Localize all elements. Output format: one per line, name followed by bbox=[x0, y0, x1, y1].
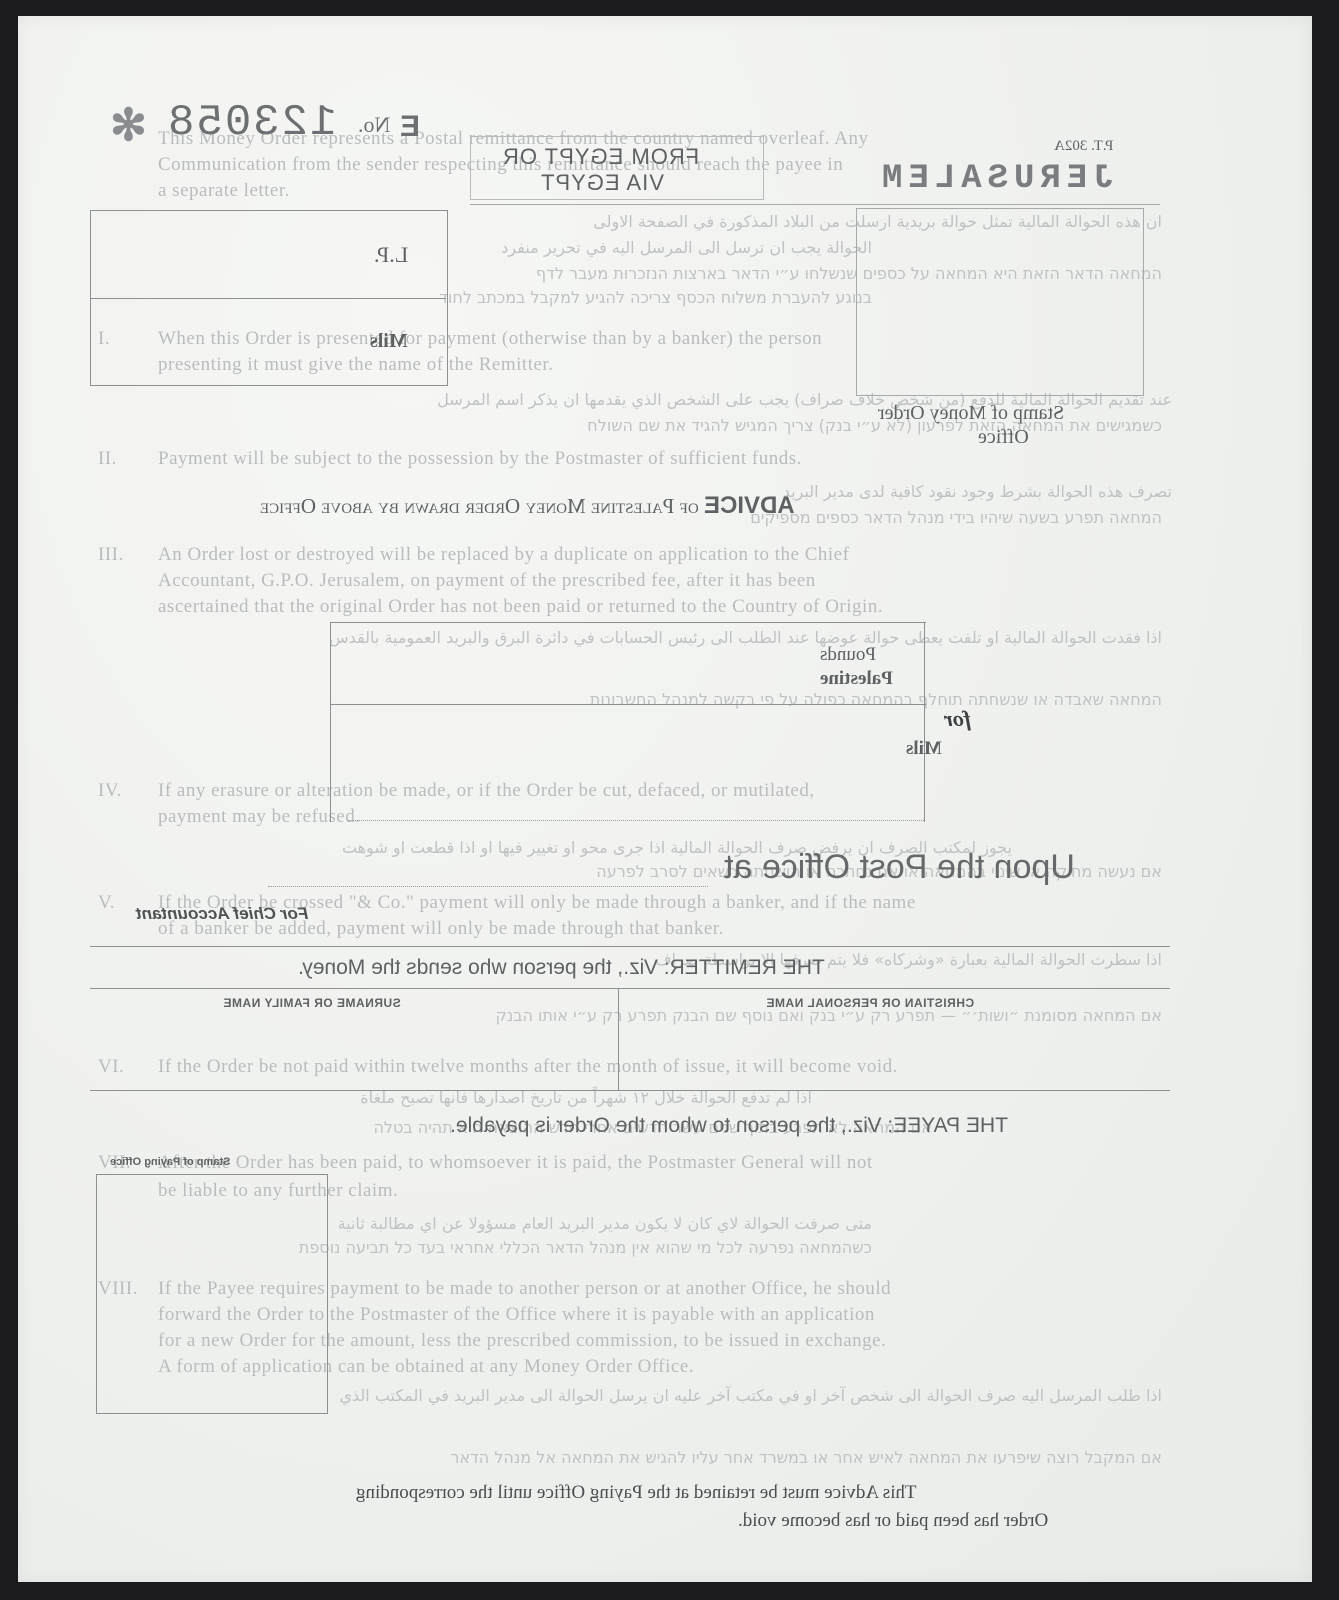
serial-number: 123058 bbox=[166, 98, 336, 148]
paying-office-stamp-box bbox=[96, 1174, 328, 1414]
clause-hebrew: אם המקבל רוצה שיפרעו את המחאה לאיש אחר א… bbox=[450, 1448, 1162, 1467]
pounds-mils-label: Mils bbox=[906, 738, 942, 760]
serial-no-label: No. bbox=[358, 112, 390, 138]
retain-note-line-1: This Advice must be retained at the Payi… bbox=[356, 1482, 917, 1504]
lp-label: L.P. bbox=[374, 242, 408, 268]
clause-number: II. bbox=[98, 448, 117, 470]
pounds-rule-mid bbox=[330, 704, 926, 705]
advice-subtitle: of Palestine Money Order drawn by above … bbox=[260, 494, 699, 518]
asterisk-icon: ✻ bbox=[110, 100, 147, 151]
clause-line: After the Order has been paid, to whomso… bbox=[158, 1152, 873, 1174]
retain-note-line-2: Order has been paid or has become void. bbox=[738, 1510, 1048, 1532]
pounds-rule-top bbox=[330, 622, 926, 623]
clause-line: An Order lost or destroyed will be repla… bbox=[158, 544, 849, 566]
stamp-label-line-2: Office bbox=[978, 426, 1029, 449]
advice-title: ADVICE of Palestine Money Order drawn by… bbox=[260, 492, 795, 520]
origin-line-2: VIA EGYPT bbox=[540, 170, 664, 196]
clause-hebrew: כשהמחאה נפרעה לכל מי שהוא אין מנהל הדאר … bbox=[299, 1238, 872, 1257]
form-code: P.T. 302A bbox=[1054, 138, 1113, 155]
clause-arabic: متى صرفت الحوالة لاي كان لا يكون مدير ال… bbox=[338, 1214, 872, 1233]
payee-heading: THE PAYEE: Viz., the person to whom the … bbox=[450, 1114, 1008, 1138]
clause-number: V. bbox=[98, 892, 115, 914]
pounds-label: Pounds bbox=[820, 644, 876, 666]
paying-stamp-label: Stamp of Paying Office bbox=[110, 1156, 230, 1168]
remitter-rule-mid bbox=[90, 988, 1170, 989]
clause-line: Accountant, G.P.O. Jerusalem, on payment… bbox=[158, 570, 816, 592]
top-rule bbox=[470, 204, 1160, 205]
clause-number: VI. bbox=[98, 1056, 124, 1078]
money-order-advice-sheet: This Money Order represents a Postal rem… bbox=[18, 16, 1312, 1582]
pounds-rule-bottom bbox=[348, 820, 924, 821]
clause-arabic: اذا فقدت الحوالة المالية او تلفت يعطى حو… bbox=[329, 628, 1162, 647]
clause-line: Payment will be subject to the possessio… bbox=[158, 448, 802, 470]
clause-arabic: تصرف هذه الحوالة بشرط وجود نقود كافية لد… bbox=[783, 482, 1172, 501]
mils-label: Mils bbox=[370, 330, 408, 353]
amount-divider bbox=[90, 298, 446, 299]
intro-arabic: الحوالة يجب ان ترسل الى المرسل اليه في ت… bbox=[501, 238, 872, 257]
palestine-label: Palestine bbox=[820, 668, 893, 690]
for-label: for bbox=[944, 706, 971, 732]
remitter-heading: THE REMITTER: Viz., the person who sends… bbox=[298, 956, 825, 980]
intro-line: a separate letter. bbox=[158, 180, 290, 202]
stamp-label-line-1: Stamp of Money Order bbox=[878, 402, 1064, 425]
remitter-name-divider bbox=[618, 988, 619, 1090]
upon-post-office-label: Upon the Post Office at bbox=[724, 848, 1075, 887]
serial-prefix: E bbox=[400, 110, 420, 144]
pounds-rule-right bbox=[924, 622, 925, 822]
clause-line: If any erasure or alteration be made, or… bbox=[158, 780, 815, 802]
surname-label: SURNAME OR FAMILY NAME bbox=[223, 996, 401, 1010]
advice-word: ADVICE bbox=[704, 492, 795, 519]
chief-accountant-signature-label: For Chief Accountant bbox=[136, 904, 308, 924]
clause-hebrew: המחאה תפרע בשעה שיהיו בידי מנהל הדאר כספ… bbox=[750, 508, 1162, 527]
clause-line: If the Order be not paid within twelve m… bbox=[158, 1056, 898, 1078]
clause-number: IV. bbox=[98, 780, 122, 802]
pounds-rule-left bbox=[330, 622, 331, 822]
post-office-fill-line bbox=[268, 886, 708, 887]
clause-hebrew: כשמגישים את המחאה הזאת לפרעון (לא ע״י בנ… bbox=[587, 416, 1162, 435]
clause-hebrew: המחאה שאבדה או שנשחתה תוחלף בהמחאה כפולה… bbox=[590, 690, 1162, 709]
remitter-rule-top bbox=[90, 946, 1170, 947]
remitter-rule-bottom bbox=[90, 1090, 1170, 1091]
clause-number: III. bbox=[98, 544, 124, 566]
office-stamp: JERUSALEM bbox=[876, 160, 1114, 198]
money-order-stamp-box bbox=[856, 208, 1144, 396]
intro-hebrew: בנוגע להעברת משלוח הכסף צריכה להגיע למקב… bbox=[439, 288, 872, 307]
clause-line: ascertained that the original Order has … bbox=[158, 596, 883, 618]
christian-name-label: CHRISTIAN OR PERSONAL NAME bbox=[766, 996, 974, 1010]
clause-arabic: اذا طلب المرسل اليه صرف الحوالة الى شخص … bbox=[340, 1386, 1163, 1405]
origin-line-1: FROM EGYPT OR bbox=[502, 144, 699, 170]
